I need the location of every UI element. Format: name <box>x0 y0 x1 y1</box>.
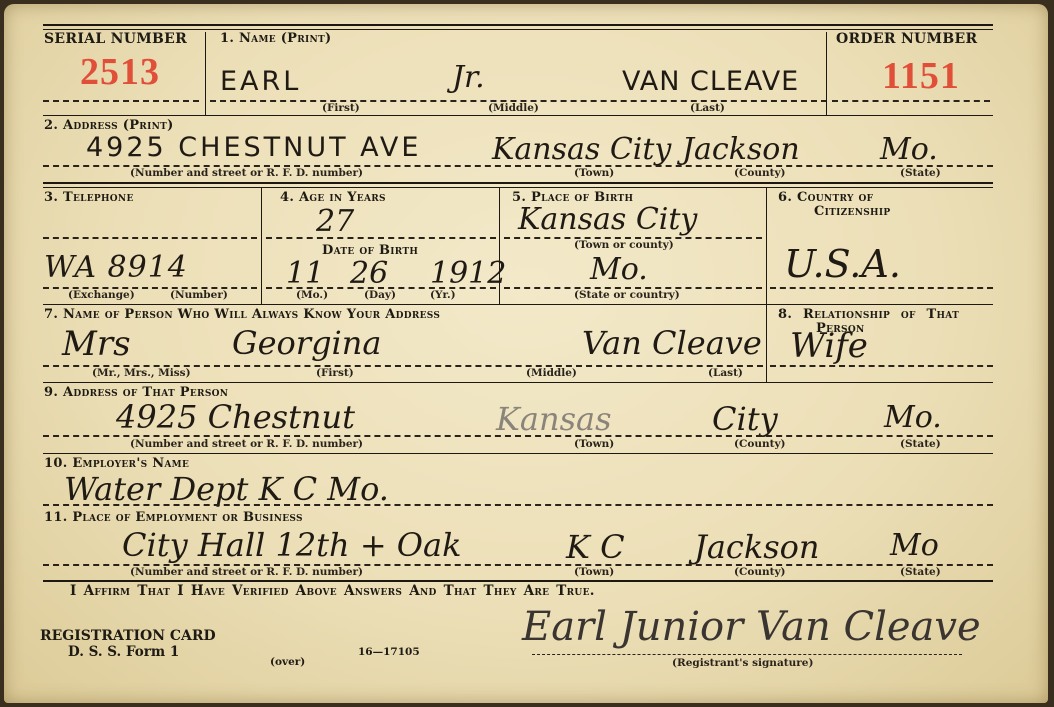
footer-over: (over) <box>270 656 305 668</box>
signature-caption: (Registrant's signature) <box>672 657 813 669</box>
contact-middle-caption: (Middle) <box>526 367 577 379</box>
address-county-caption: (County) <box>734 167 786 179</box>
serial-number-label: SERIAL NUMBER <box>44 31 187 47</box>
employment-place-street-caption: (Number and street or R. F. D. number) <box>130 566 363 578</box>
rule-4 <box>43 382 993 383</box>
employment-place-street: City Hall 12th + Oak <box>122 526 462 564</box>
contact-address-street-caption: (Number and street or R. F. D. number) <box>130 438 363 450</box>
employment-place-county-caption: (County) <box>734 566 786 578</box>
contact-address-county-caption: (County) <box>734 438 786 450</box>
rule-5 <box>43 453 993 454</box>
address-street: 4925 CHESTNUT AVE <box>86 132 421 163</box>
top-rule <box>43 24 993 26</box>
order-dash <box>832 100 990 102</box>
telephone-exchange-caption: (Exchange) <box>68 289 135 301</box>
serial-number-value: 2513 <box>80 50 160 94</box>
footer-title: REGISTRATION CARD <box>40 628 216 644</box>
name-last: VAN CLEAVE <box>622 66 799 97</box>
employment-place-town-caption: (Town) <box>574 566 614 578</box>
dob-month-caption: (Mo.) <box>296 289 328 301</box>
telephone-dash-1 <box>43 237 257 239</box>
contact-address-dash <box>43 435 993 437</box>
contact-address-county: City <box>712 400 778 438</box>
address-town-caption: (Town) <box>574 167 614 179</box>
birthplace-town-caption: (Town or county) <box>574 239 674 251</box>
citizenship-label-1: 6. Country of <box>778 190 873 205</box>
dob-year: 1912 <box>430 256 506 291</box>
dob-day-caption: (Day) <box>364 289 396 301</box>
contact-address-state: Mo. <box>884 400 942 435</box>
address-street-caption: (Number and street or R. F. D. number) <box>130 167 363 179</box>
citizenship-dash <box>770 287 993 289</box>
dob-day: 26 <box>350 256 388 291</box>
footer-form: D. S. S. Form 1 <box>68 644 179 660</box>
rule-2b <box>43 187 993 188</box>
employment-place-state: Mo <box>890 528 939 563</box>
affirmation-text: I Affirm That I Have Verified Above Answ… <box>70 583 595 599</box>
rule-1 <box>43 115 993 116</box>
address-county: Jackson <box>682 132 800 167</box>
name-middle-caption: (Middle) <box>488 102 539 114</box>
relationship-dash <box>770 365 993 367</box>
contact-label: 7. Name of Person Who Will Always Know Y… <box>44 307 440 322</box>
age-value: 27 <box>316 204 354 239</box>
employment-place-label: 11. Place of Employment or Business <box>44 510 303 525</box>
rule-6 <box>43 580 993 582</box>
contact-last-caption: (Last) <box>708 367 743 379</box>
citizenship-label-2: Citizenship <box>814 204 890 219</box>
rule-2a <box>43 182 993 184</box>
employer-label: 10. Employer's Name <box>44 456 189 471</box>
employment-place-state-caption: (State) <box>900 566 941 578</box>
contact-title: Mrs <box>62 324 131 364</box>
order-number-value: 1151 <box>882 54 960 98</box>
contact-address-town-caption: (Town) <box>574 438 614 450</box>
relationship-value: Wife <box>790 326 868 366</box>
contact-address-state-caption: (State) <box>900 438 941 450</box>
address-town: Kansas City <box>492 132 671 167</box>
divider-4-5 <box>499 188 500 304</box>
contact-title-caption: (Mr., Mrs., Miss) <box>92 367 191 379</box>
employer-value: Water Dept K C Mo. <box>64 470 389 508</box>
signature-dash <box>532 654 962 655</box>
registration-card: SERIAL NUMBER 2513 1. Name (Print) EARL … <box>4 4 1048 703</box>
telephone-value: WA 8914 <box>44 250 188 285</box>
dob-month: 11 <box>286 256 324 291</box>
relationship-label-1: 8. Relationship of That <box>778 307 959 322</box>
name-middle: Jr. <box>452 60 485 95</box>
employer-dash <box>43 504 993 506</box>
serial-dash <box>43 100 199 102</box>
address-label: 2. Address (Print) <box>44 118 174 133</box>
dob-year-caption: (Yr.) <box>430 289 456 301</box>
name-first-caption: (First) <box>322 102 360 114</box>
address-state-caption: (State) <box>900 167 941 179</box>
serial-divider <box>205 32 206 116</box>
telephone-number-caption: (Number) <box>170 289 228 301</box>
contact-first: Georgina <box>232 324 381 362</box>
contact-first-caption: (First) <box>316 367 354 379</box>
name-last-caption: (Last) <box>690 102 725 114</box>
divider-7-8 <box>766 304 767 382</box>
contact-address-town: Kansas <box>496 400 612 438</box>
rule-3 <box>43 304 993 305</box>
contact-address-street: 4925 Chestnut <box>116 398 355 436</box>
name-first: EARL <box>220 66 301 97</box>
divider-5-6 <box>766 188 767 304</box>
birthplace-state-caption: (State or country) <box>574 289 680 301</box>
employment-place-county: Jackson <box>694 528 820 566</box>
order-divider <box>826 32 827 116</box>
contact-last: Van Cleave <box>582 324 762 362</box>
age-dash <box>266 237 496 239</box>
address-state: Mo. <box>880 132 938 167</box>
divider-3-4 <box>261 188 262 304</box>
birthplace-state: Mo. <box>590 252 648 287</box>
footer-code: 16—17105 <box>358 646 420 658</box>
age-label: 4. Age in Years <box>280 190 386 205</box>
telephone-label: 3. Telephone <box>44 190 134 205</box>
registrant-signature: Earl Junior Van Cleave <box>522 604 981 650</box>
citizenship-value: U.S.A. <box>784 242 901 286</box>
birthplace-town: Kansas City <box>518 202 697 237</box>
employment-place-town: K C <box>566 528 625 566</box>
name-label: 1. Name (Print) <box>220 31 332 46</box>
order-number-label: ORDER NUMBER <box>836 31 977 47</box>
top-rule-2 <box>43 29 993 30</box>
